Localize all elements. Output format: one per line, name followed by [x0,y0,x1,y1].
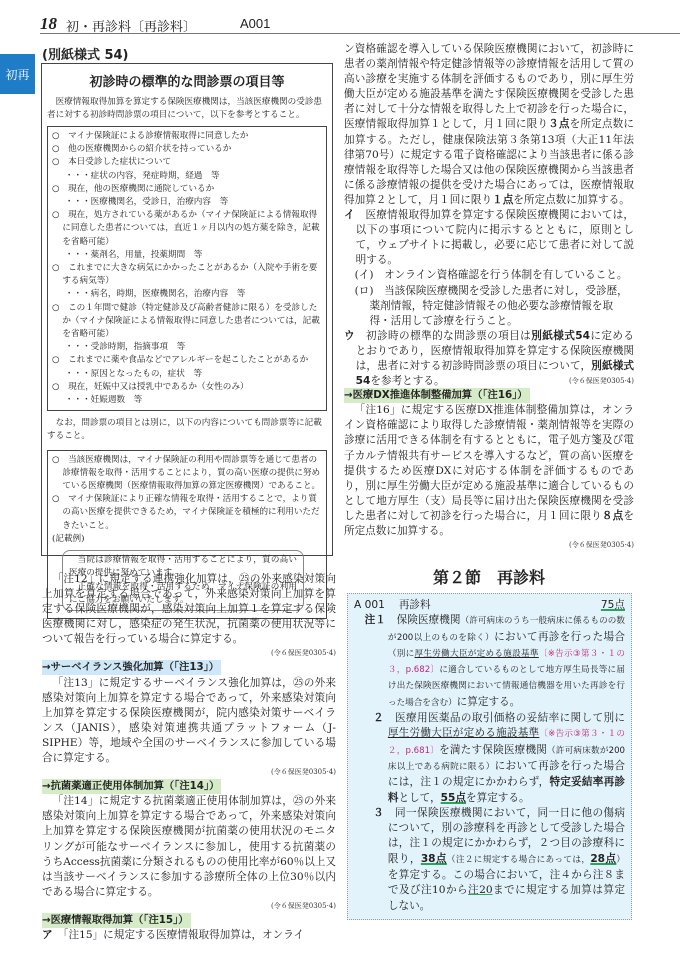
form-title: 初診時の標準的な問診票の項目等 [45,71,329,90]
form-intro: 医療情報取得加算を算定する保険医療機関は，当該医療機関の受診患者に対する初診時問… [47,96,327,122]
heading-dx: →医療DX推進体制整備加算（「注16」） [344,388,530,403]
paragraph-dx: 「注16」に規定する医療DX推進体制整備加算は，オンライン資格確認により取得した… [344,403,634,539]
questionnaire-item: ○ これまでに薬や食品などでアレルギーを起こしたことがあるか・・・原因となったも… [52,354,322,380]
questionnaire-item: ○ 現在，妊娠中又は授乳中であるか（女性のみ）・・・妊娠週数 等 [52,381,322,407]
left-column: 「注12」に規定する連携強化加算は，㉕の外来感染対策向上加算を算定する場合であっ… [42,572,336,943]
questionnaire-items: ○ マイナ保険証による診療情報取得に同意したか ○ 他の医療機関からの紹介状を持… [47,126,327,411]
a001-header: A 001 再診料 75点 [354,598,625,613]
form-54-reference: 別紙様式54 [531,330,590,342]
a001-box: A 001 再診料 75点 注１ 保険医療機関（許可病床のうち一般病床に係るもの… [347,593,632,920]
questionnaire-item: ○ マイナ保険証による診療情報取得に同意したか [52,130,322,143]
points-38: 38点 [421,853,447,865]
chapter-title: 初・再診料〔再診料〕 [66,16,196,35]
questionnaire-item: ○ 現在，処方されている薬があるか（マイナ保険証による情報取得に同意した患者につ… [52,209,322,262]
points-1: １点 [492,194,513,206]
example-label: (記載例) [52,533,322,546]
heading-surveillance: →サーベイランス強化加算（「注13」） [42,660,221,675]
a001-name: 再診料 [399,598,601,613]
additional-item: ○ 当該医療機関は，マイナ保険証の利用や問診票等を通じて患者の診療情報を取得・活… [52,454,322,494]
questionnaire-item: ○ 本日受診した症状について・・・症状の内容，発症時期，経過 等 [52,156,322,182]
form-54-box: 初診時の標準的な問診票の項目等 医療情報取得加算を算定する保険医療機関は，当該医… [41,63,333,556]
a001-points: 75点 [601,598,625,613]
side-tab-shoshin-saishin[interactable]: 初再 [0,54,35,94]
points-3: ３点 [548,118,570,130]
citation: (令６保医発0305·4) [42,766,336,779]
page-number: 18 [40,14,57,34]
item-i: イ 医療情報取得加算を算定する保険医療機関においては，以下の事項について院内に掲… [344,208,634,268]
additional-item: ○ マイナ保険証により正確な情報を取得・活用することで，より質の高い医療を提供で… [52,493,322,533]
form-note: なお，問診票の項目とは別に，以下の内容についても問診票等に記載すること。 [47,417,327,443]
section-code: A001 [240,16,270,31]
questionnaire-item: ○ 現在，他の医療機関に通院しているか・・・医療機関名，受診日，治療内容 等 [52,183,322,209]
section-title: 第２節 再診料 [344,565,634,588]
paragraph-renkei: 「注12」に規定する連携強化加算は，㉕の外来感染対策向上加算を算定する場合であっ… [42,572,336,647]
points-28: 28点 [590,853,616,865]
citation: (令６保医発0305·4) [42,900,336,913]
note-3: ３ 同一保険医療機関において，同一日に他の傷病について，別の診療科を再診として受… [354,806,625,914]
subitem-i: (イ) オンライン資格確認を行う体制を有していること。 [344,268,634,283]
paragraph-antimicrobial: 「注14」に規定する抗菌薬適正使用体制加算は，㉕の外来感染対策向上加算を算定する… [42,794,336,900]
paragraph-surveillance: 「注13」に規定するサーベイランス強化加算は，㉕の外来感染対策向上加算を算定する… [42,676,336,767]
citation: (令６保医発0305·4) [344,539,634,552]
page-header: 18 初・再診料〔再診料〕 A001 [40,14,680,34]
note-1: 注１ 保険医療機関（許可病床のうち一般病床に係るものの数が200以上のものを除く… [354,613,625,711]
form-label: (別紙様式 54) [42,44,129,63]
a001-code: A 001 [354,598,385,613]
questionnaire-item: ○ 他の医療機関からの紹介状を持っているか [52,143,322,156]
heading-medinfo: →医療情報取得加算（「注15」） [42,913,191,928]
questionnaire-item: ○ この１年間で健診（特定健診及び高齢者健診に限る）を受診したか（マイナ保険証に… [52,302,322,355]
item-a: ア 「注15」に規定する医療情報取得加算は，オンライ [42,928,336,943]
questionnaire-item: ○ これまでに大きな病気にかかったことがあるか（入院や手術を要する病気等）・・・… [52,262,322,302]
right-column: ン資格確認を導入している保険医療機関において，初診時に患者の薬剤情報や特定健診情… [344,42,634,552]
note-2: ２ 医療用医薬品の取引価格の妥結率に関して別に厚生労働大臣が定める施設基準〔※告… [354,711,625,806]
paragraph-medinfo-cont: ン資格確認を導入している保険医療機関において，初診時に患者の薬剤情報や特定健診情… [344,42,634,208]
points-55: 55点 [441,792,466,804]
points-8: ８点 [602,510,624,522]
heading-antimicrobial: →抗菌薬適正使用体制加算（「注14」） [42,779,221,794]
subitem-ro: (ロ) 当該保険医療機関を受診した患者に対し，受診歴，薬剤情報，特定健診情報その… [344,284,634,329]
citation: (令６保医発0305·4) [42,647,336,660]
